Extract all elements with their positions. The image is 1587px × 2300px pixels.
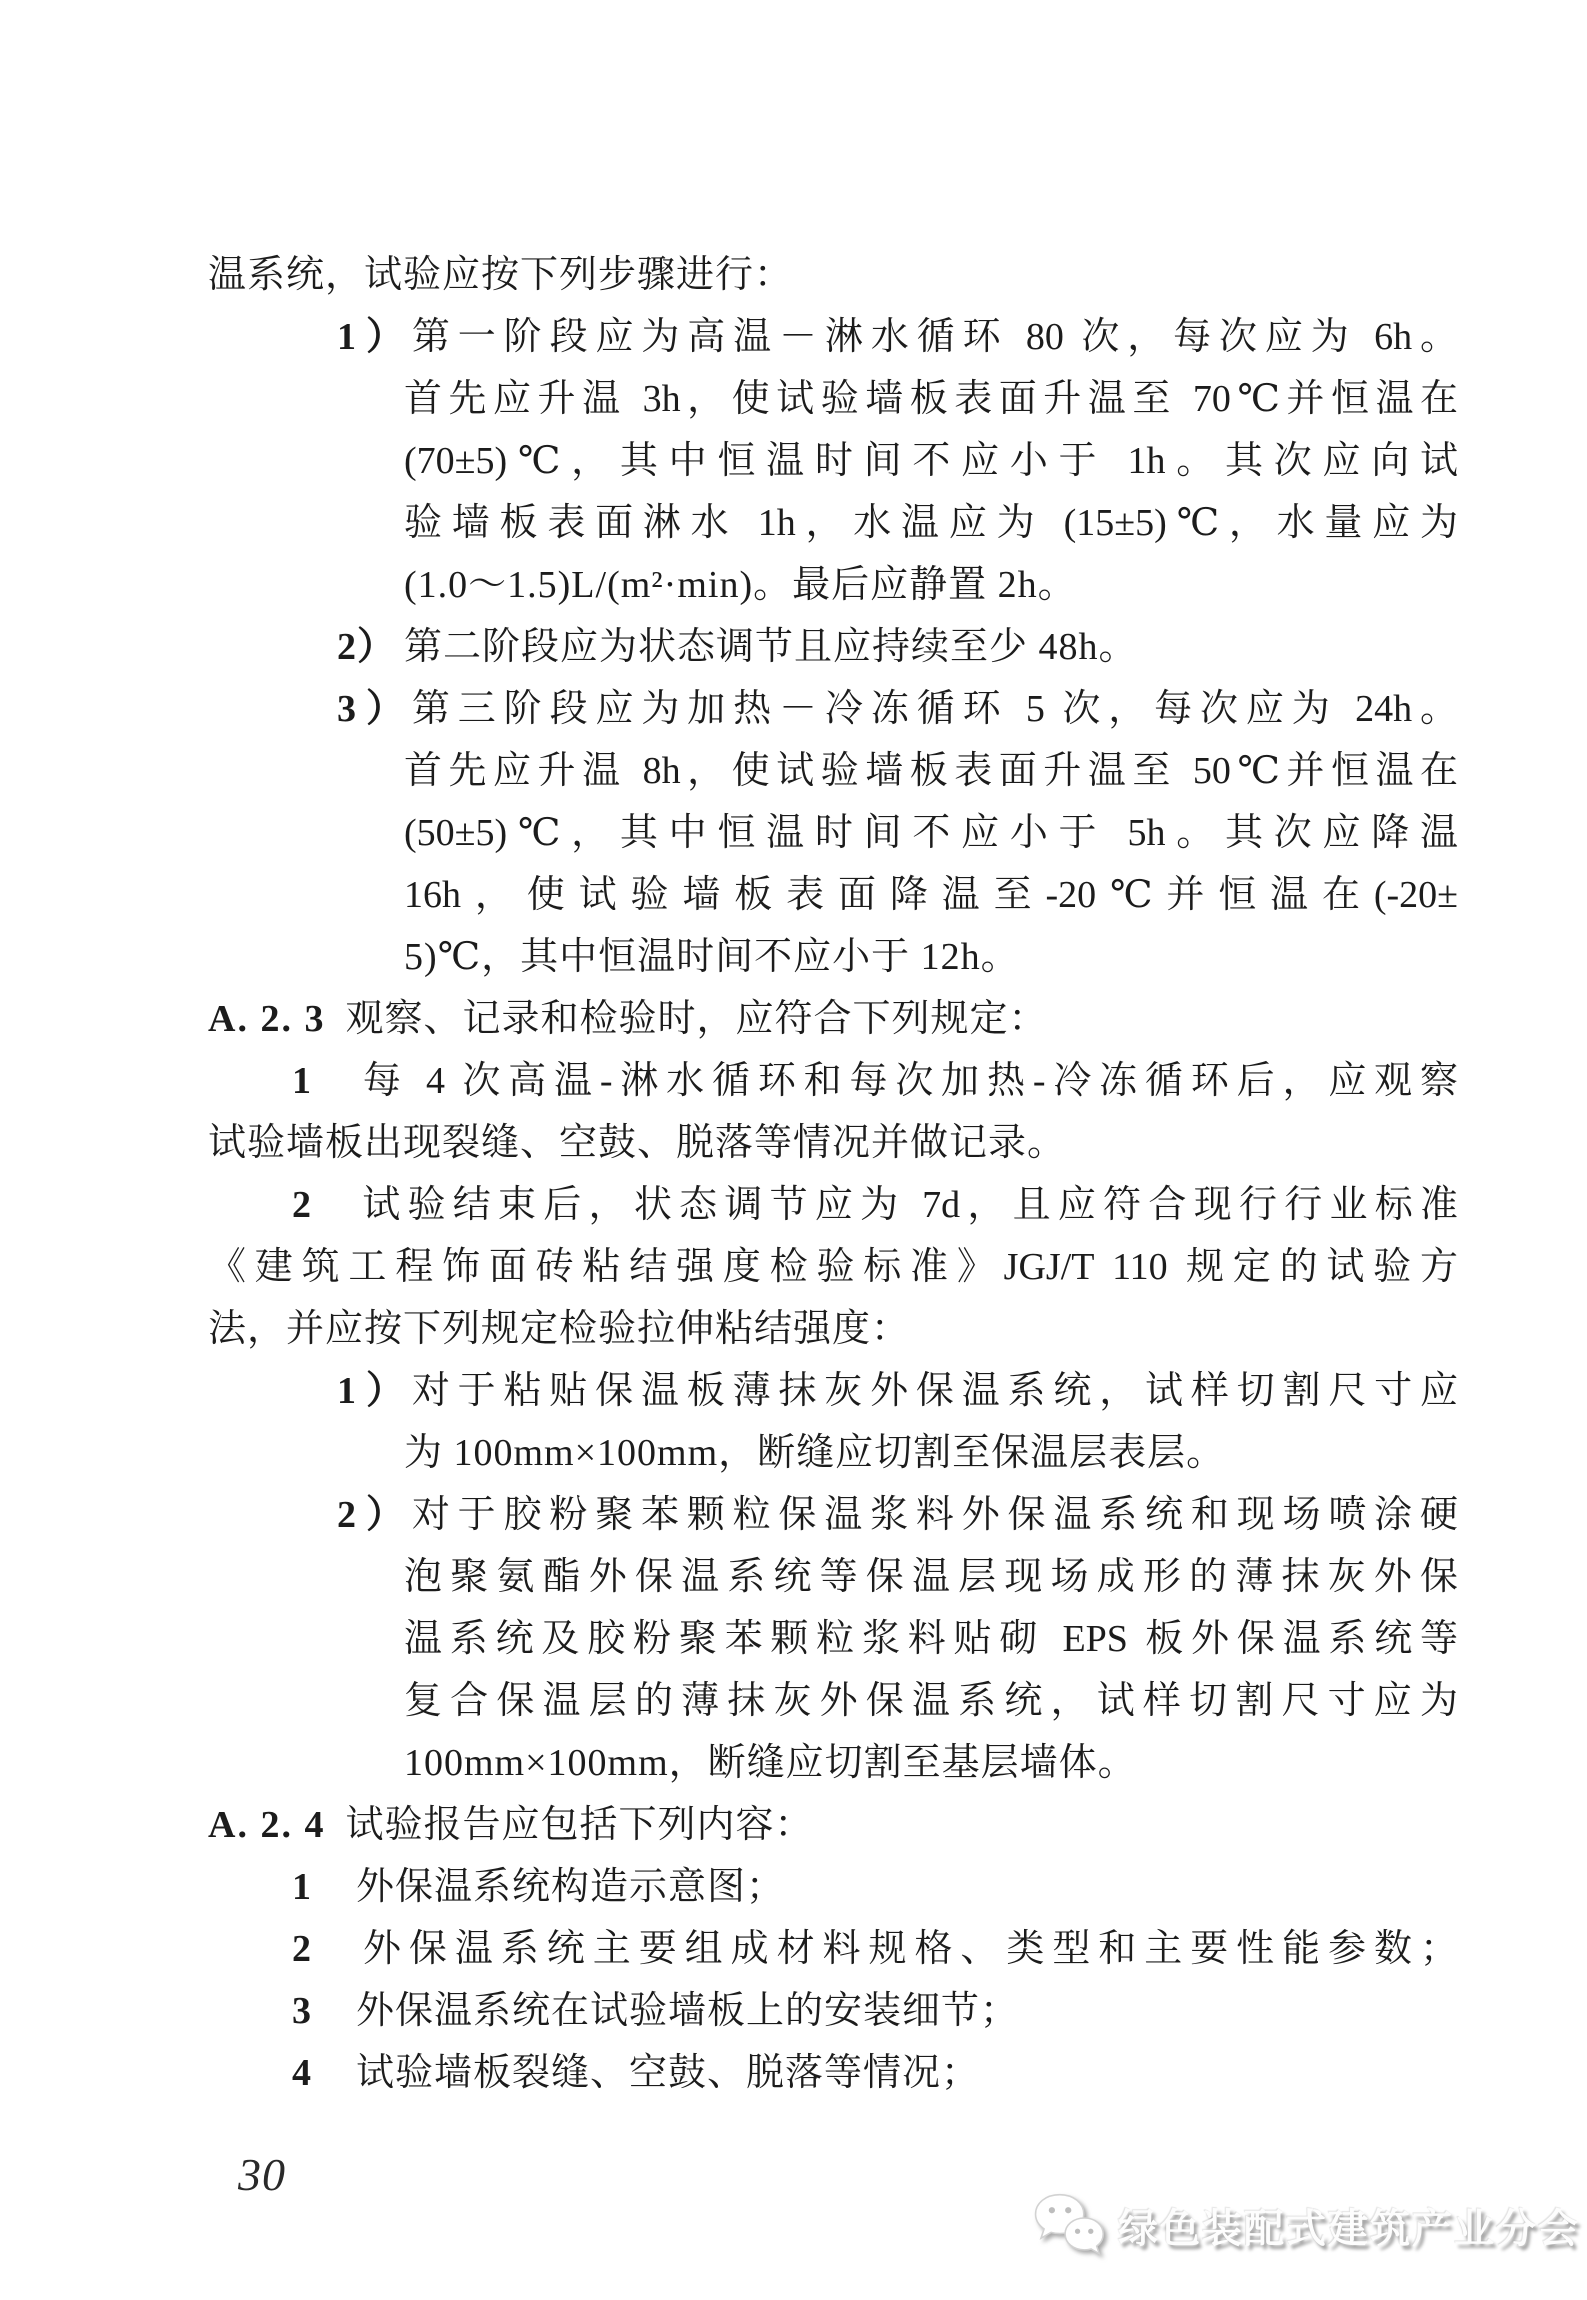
line-text: 法，并应按下列规定检验拉伸粘结强度： xyxy=(208,1308,910,1350)
list-marker: 1 xyxy=(292,1060,311,1102)
watermark-label: 绿色装配式建筑产业分会 xyxy=(1118,2197,1580,2254)
text-line: (50±5)℃，其中恒温时间不应小于 5h。其次应降温 xyxy=(208,802,1458,864)
clause-heading: A. 2. 4试验报告应包括下列内容： xyxy=(208,1794,1458,1856)
line-text: 温系统，试验应按下列步骤进行： xyxy=(208,254,793,296)
text-line: 试验墙板出现裂缝、空鼓、脱落等情况并做记录。 xyxy=(208,1112,1458,1174)
clause-number: A. 2. 4 xyxy=(208,1804,325,1846)
text-line: (1.0～1.5)L/(m²·min)。最后应静置 2h。 xyxy=(208,554,1458,616)
text-line: 为 100mm×100mm，断缝应切割至保温层表层。 xyxy=(208,1422,1458,1484)
line-text: 外保温系统主要组成材料规格、类型和主要性能参数； xyxy=(355,1928,1458,1970)
list-marker: 2） xyxy=(337,616,404,678)
line-text: 对于胶粉聚苯颗粒保温浆料外保温系统和现场喷涂硬 xyxy=(404,1494,1458,1536)
list-marker: 2） xyxy=(337,1484,404,1546)
text-line: 《建筑工程饰面砖粘结强度检验标准》JGJ/T 110 规定的试验方 xyxy=(208,1236,1458,1298)
line-text: 第三阶段应为加热－冷冻循环 5 次，每次应为 24h。 xyxy=(404,688,1458,730)
document-body: 温系统，试验应按下列步骤进行： 1）第一阶段应为高温－淋水循环 80 次，每次应… xyxy=(208,244,1458,2104)
line-text: 每 4 次高温-淋水循环和每次加热-冷冻循环后，应观察 xyxy=(355,1060,1458,1102)
list-item: 2）对于胶粉聚苯颗粒保温浆料外保温系统和现场喷涂硬 xyxy=(208,1484,1458,1546)
line-text: 试验结束后，状态调节应为 7d，且应符合现行行业标准 xyxy=(355,1184,1458,1226)
list-item: 2外保温系统主要组成材料规格、类型和主要性能参数； xyxy=(208,1918,1458,1980)
line-text: (70±5)℃，其中恒温时间不应小于 1h。其次应向试 xyxy=(404,440,1458,482)
list-item: 2试验结束后，状态调节应为 7d，且应符合现行行业标准 xyxy=(208,1174,1458,1236)
line-text: 为 100mm×100mm，断缝应切割至保温层表层。 xyxy=(404,1432,1225,1474)
list-item: 1）第一阶段应为高温－淋水循环 80 次，每次应为 6h。 xyxy=(208,306,1458,368)
text-line: 温系统，试验应按下列步骤进行： xyxy=(208,244,1458,306)
list-item: 3外保温系统在试验墙板上的安装细节； xyxy=(208,1980,1458,2042)
text-line: 首先应升温 8h，使试验墙板表面升温至 50℃并恒温在 xyxy=(208,740,1458,802)
line-text: 试验墙板裂缝、空鼓、脱落等情况； xyxy=(356,2052,980,2094)
line-text: 复合保温层的薄抹灰外保温系统，试样切割尺寸应为 xyxy=(404,1680,1458,1722)
line-text: 温系统及胶粉聚苯颗粒浆料贴砌 EPS 板外保温系统等 xyxy=(404,1618,1458,1660)
line-text: 泡聚氨酯外保温系统等保温层现场成形的薄抹灰外保 xyxy=(404,1556,1458,1598)
line-text: 试验墙板出现裂缝、空鼓、脱落等情况并做记录。 xyxy=(208,1122,1066,1164)
line-text: 第一阶段应为高温－淋水循环 80 次，每次应为 6h。 xyxy=(404,316,1458,358)
watermark: 绿色装配式建筑产业分会 xyxy=(1030,2190,1580,2260)
line-text: 验墙板表面淋水 1h，水温应为 (15±5)℃，水量应为 xyxy=(404,502,1458,544)
line-text: 对于粘贴保温板薄抹灰外保温系统，试样切割尺寸应 xyxy=(404,1370,1458,1412)
list-marker: 1） xyxy=(337,306,404,368)
line-text: 首先应升温 3h，使试验墙板表面升温至 70℃并恒温在 xyxy=(404,378,1458,420)
text-line: 验墙板表面淋水 1h，水温应为 (15±5)℃，水量应为 xyxy=(208,492,1458,554)
text-line: 温系统及胶粉聚苯颗粒浆料贴砌 EPS 板外保温系统等 xyxy=(208,1608,1458,1670)
line-text: 16h，使试验墙板表面降温至-20℃并恒温在(-20± xyxy=(404,874,1458,916)
text-line: (70±5)℃，其中恒温时间不应小于 1h。其次应向试 xyxy=(208,430,1458,492)
document-page: 温系统，试验应按下列步骤进行： 1）第一阶段应为高温－淋水循环 80 次，每次应… xyxy=(0,0,1587,2300)
list-marker: 4 xyxy=(292,2052,312,2094)
list-marker: 2 xyxy=(292,1184,311,1226)
list-marker: 1） xyxy=(337,1360,404,1422)
text-line: 首先应升温 3h，使试验墙板表面升温至 70℃并恒温在 xyxy=(208,368,1458,430)
line-text: 外保温系统构造示意图； xyxy=(356,1866,785,1908)
list-marker: 3） xyxy=(337,678,404,740)
wechat-icon xyxy=(1030,2190,1108,2260)
clause-heading: A. 2. 3观察、记录和检验时，应符合下列规定： xyxy=(208,988,1458,1050)
page-number: 30 xyxy=(238,2148,286,2201)
text-line: 复合保温层的薄抹灰外保温系统，试样切割尺寸应为 xyxy=(208,1670,1458,1732)
line-text: 外保温系统在试验墙板上的安装细节； xyxy=(356,1990,1019,2032)
list-marker: 1 xyxy=(292,1866,312,1908)
text-line: 100mm×100mm，断缝应切割至基层墙体。 xyxy=(208,1732,1458,1794)
list-item: 3）第三阶段应为加热－冷冻循环 5 次，每次应为 24h。 xyxy=(208,678,1458,740)
list-item: 1每 4 次高温-淋水循环和每次加热-冷冻循环后，应观察 xyxy=(208,1050,1458,1112)
line-text: 5)℃，其中恒温时间不应小于 12h。 xyxy=(404,936,1020,978)
list-marker: 2 xyxy=(292,1928,311,1970)
text-line: 法，并应按下列规定检验拉伸粘结强度： xyxy=(208,1298,1458,1360)
text-line: 16h，使试验墙板表面降温至-20℃并恒温在(-20± xyxy=(208,864,1458,926)
line-text: 观察、记录和检验时，应符合下列规定： xyxy=(345,998,1047,1040)
line-text: (1.0～1.5)L/(m²·min)。最后应静置 2h。 xyxy=(404,564,1077,606)
line-text: 第二阶段应为状态调节且应持续至少 48h。 xyxy=(404,626,1138,668)
line-text: 100mm×100mm，断缝应切割至基层墙体。 xyxy=(404,1742,1137,1784)
list-item: 1）对于粘贴保温板薄抹灰外保温系统，试样切割尺寸应 xyxy=(208,1360,1458,1422)
list-item: 4试验墙板裂缝、空鼓、脱落等情况； xyxy=(208,2042,1458,2104)
text-line: 泡聚氨酯外保温系统等保温层现场成形的薄抹灰外保 xyxy=(208,1546,1458,1608)
line-text: (50±5)℃，其中恒温时间不应小于 5h。其次应降温 xyxy=(404,812,1458,854)
list-item: 1外保温系统构造示意图； xyxy=(208,1856,1458,1918)
line-text: 首先应升温 8h，使试验墙板表面升温至 50℃并恒温在 xyxy=(404,750,1458,792)
list-marker: 3 xyxy=(292,1990,312,2032)
clause-number: A. 2. 3 xyxy=(208,998,325,1040)
line-text: 试验报告应包括下列内容： xyxy=(345,1804,813,1846)
list-item: 2）第二阶段应为状态调节且应持续至少 48h。 xyxy=(208,616,1458,678)
line-text: 《建筑工程饰面砖粘结强度检验标准》JGJ/T 110 规定的试验方 xyxy=(208,1246,1458,1288)
text-line: 5)℃，其中恒温时间不应小于 12h。 xyxy=(208,926,1458,988)
